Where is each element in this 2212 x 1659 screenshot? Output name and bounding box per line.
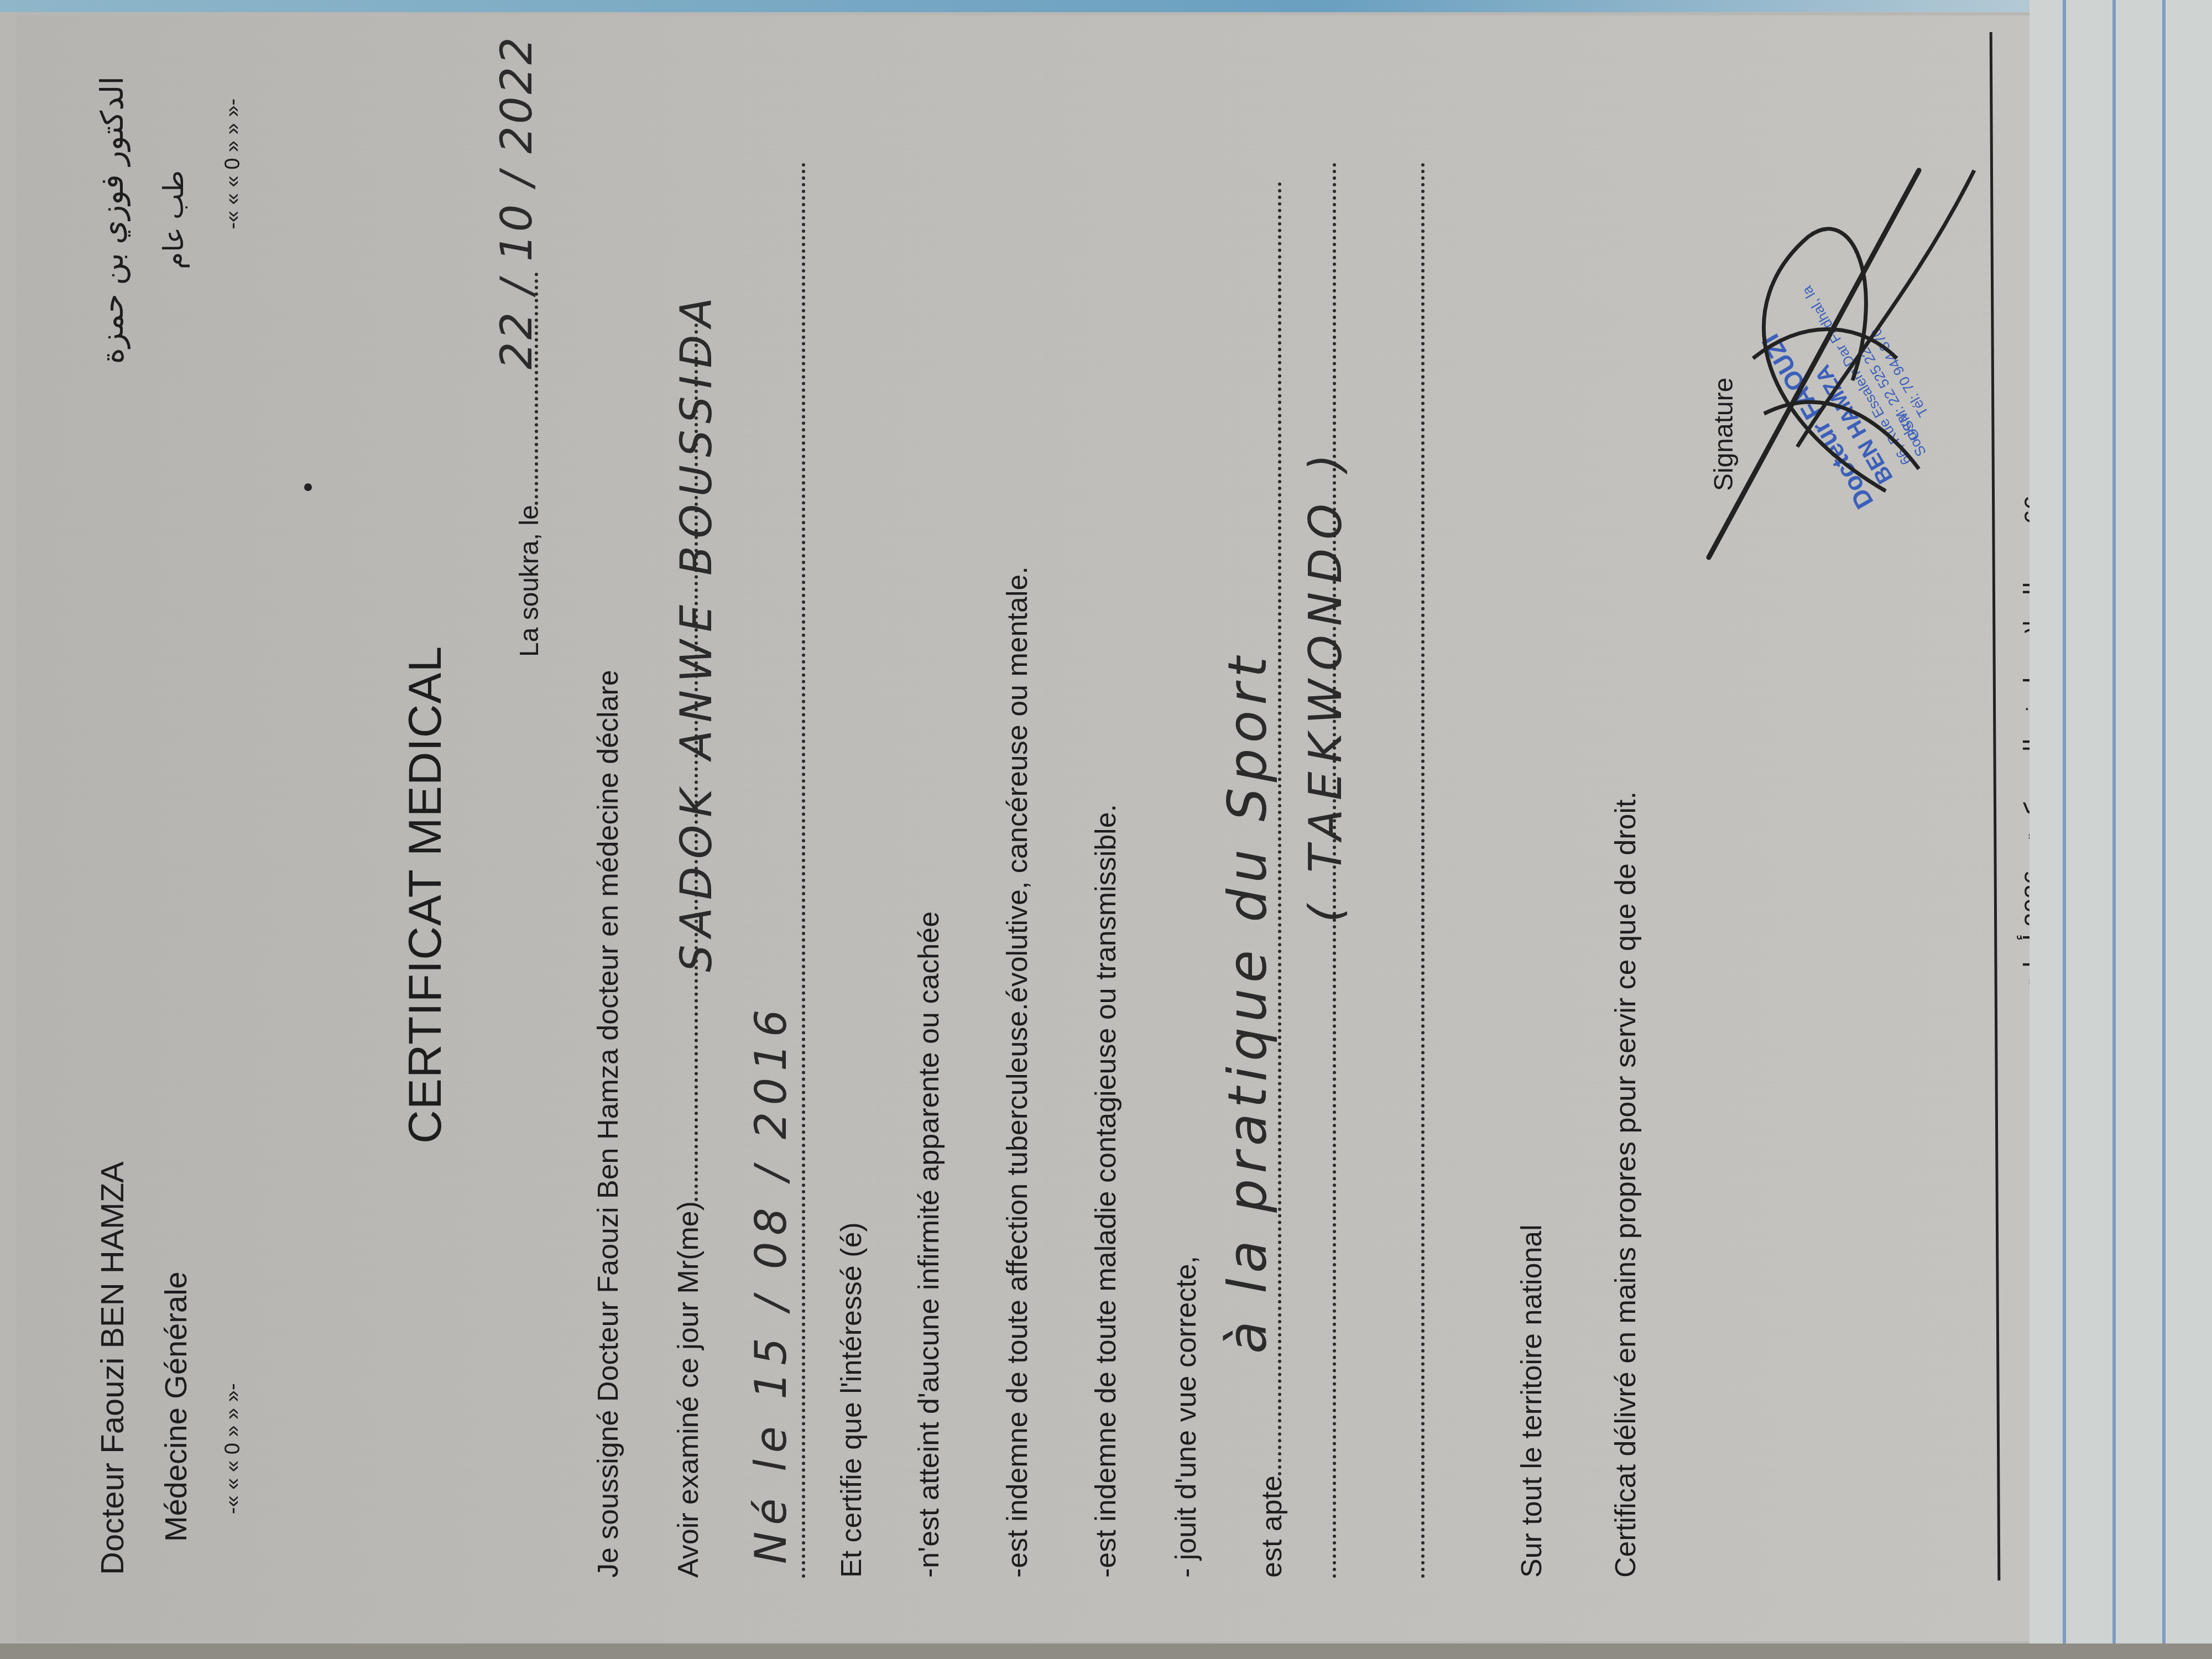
handwritten-sport: ( TAEKWONDO ): [1300, 445, 1352, 922]
ornament-fr: -« « « 0 » » »-: [221, 1383, 245, 1514]
apte-label: est apte: [1256, 1475, 1288, 1578]
certificate-page: Docteur Faouzi BEN HAMZA Médecine Généra…: [17, 15, 2030, 1641]
certify-intro: Et certifie que l'intéressé (é): [835, 1222, 868, 1578]
handwritten-birth-date: Né le 15 / 08 / 2016: [747, 1003, 796, 1564]
background-right: [2030, 0, 2212, 1659]
apte-dotted-field-3: [1421, 162, 1425, 1578]
declaration-line: Je soussigné Docteur Faouzi Ben Hamza do…: [592, 670, 625, 1578]
handwritten-date: 22 / 10 / 2022: [492, 35, 542, 369]
page-title: CERTIFICAT MEDICAL: [398, 646, 452, 1144]
certificate-paper: Docteur Faouzi BEN HAMZA Médecine Généra…: [17, 15, 2030, 1641]
specialty-fr: Médecine Générale: [158, 1271, 194, 1542]
background-top: [0, 0, 2212, 12]
doctor-name-fr: Docteur Faouzi BEN HAMZA: [94, 1161, 131, 1575]
footer-address-ar: 66، نهج السلام- دار فضال- سكرة – 2036 أر…: [2018, 495, 2030, 989]
dot-mark: [304, 483, 312, 491]
doctor-name-ar: الدكتور فوزي بن حمزة: [94, 76, 131, 364]
clause-4: - jouit d'une vue correcte,: [1170, 1256, 1203, 1578]
clause-2: -est indemne de toute affection tubercul…: [1001, 566, 1034, 1578]
birth-dotted-field: [802, 162, 805, 1578]
clause-3: -est indemne de toute maladie contagieus…: [1089, 804, 1123, 1578]
handwritten-aptitude: à la pratique du Sport: [1217, 651, 1279, 1354]
territory-line: Sur tout le territoire national: [1515, 1224, 1548, 1578]
place-label: La soukra, le: [515, 505, 544, 657]
handwritten-patient-name: SADOK ANWE BOUSSIDA: [672, 290, 722, 972]
closing-line: Certificat délivré en mains propres pour…: [1609, 791, 1642, 1578]
ornament-ar: -« « « 0 » » »-: [221, 98, 245, 229]
handwritten-signature: [1687, 137, 1996, 591]
clause-1: -n'est atteint d'aucune infirmité appare…: [912, 911, 946, 1578]
specialty-ar: طب عام: [158, 170, 190, 269]
background-bottom: [0, 1644, 2212, 1659]
examined-label: Avoir examiné ce jour Mr(me): [672, 1201, 705, 1578]
